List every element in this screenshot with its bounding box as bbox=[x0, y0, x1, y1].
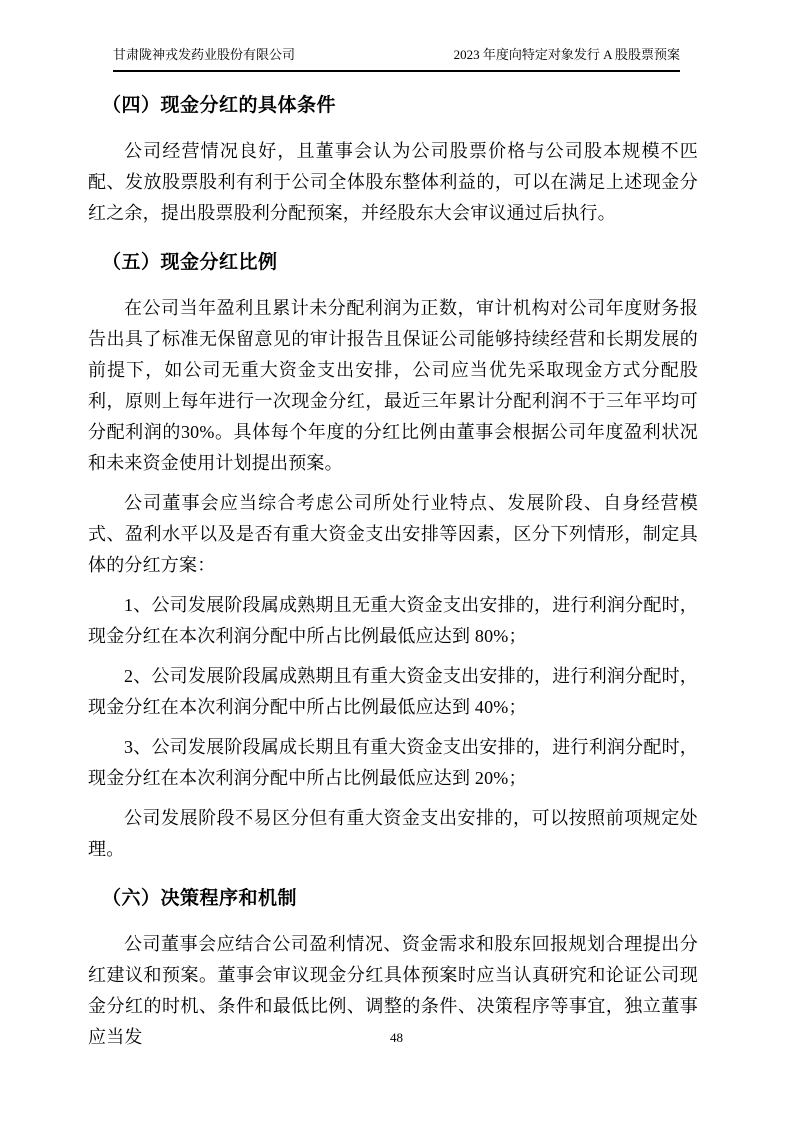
paragraph-board-considerations: 公司董事会应当综合考虑公司所处行业特点、发展阶段、自身经营模式、盈利水平以及是否… bbox=[88, 488, 698, 581]
paragraph-dividend-ratio-general: 在公司当年盈利且累计未分配利润为正数，审计机构对公司年度财务报告出具了标准无保留… bbox=[88, 293, 698, 479]
paragraph-stage-hard-to-distinguish: 公司发展阶段不易区分但有重大资金支出安排的，可以按照前项规定处理。 bbox=[88, 803, 698, 865]
document-body: （四）现金分红的具体条件 公司经营情况良好，且董事会认为公司股票价格与公司股本规… bbox=[0, 94, 793, 1053]
paragraph-cash-dividend-conditions: 公司经营情况良好，且董事会认为公司股票价格与公司股本规模不匹配、发放股票股利有利… bbox=[88, 136, 698, 229]
list-item-mature-no-major-expenditure: 1、公司发展阶段属成熟期且无重大资金支出安排的，进行利润分配时，现金分红在本次利… bbox=[88, 590, 698, 652]
section-heading-cash-dividend-conditions: （四）现金分红的具体条件 bbox=[88, 94, 698, 118]
section-heading-decision-procedure: （六）决策程序和机制 bbox=[88, 887, 698, 911]
header-document-title: 2023 年度向特定对象发行 A 股股票预案 bbox=[454, 47, 680, 63]
page-footer: 48 bbox=[0, 1030, 793, 1046]
page-number: 48 bbox=[390, 1030, 403, 1045]
header-company-name: 甘肃陇神戎发药业股份有限公司 bbox=[113, 47, 295, 63]
section-heading-cash-dividend-ratio: （五）现金分红比例 bbox=[88, 251, 698, 275]
document-page: 甘肃陇神戎发药业股份有限公司 2023 年度向特定对象发行 A 股股票预案 （四… bbox=[0, 0, 793, 1122]
page-header: 甘肃陇神戎发药业股份有限公司 2023 年度向特定对象发行 A 股股票预案 bbox=[113, 0, 680, 72]
list-item-mature-with-major-expenditure: 2、公司发展阶段属成熟期且有重大资金支出安排的，进行利润分配时，现金分红在本次利… bbox=[88, 661, 698, 723]
list-item-growth-with-major-expenditure: 3、公司发展阶段属成长期且有重大资金支出安排的，进行利润分配时，现金分红在本次利… bbox=[88, 732, 698, 794]
